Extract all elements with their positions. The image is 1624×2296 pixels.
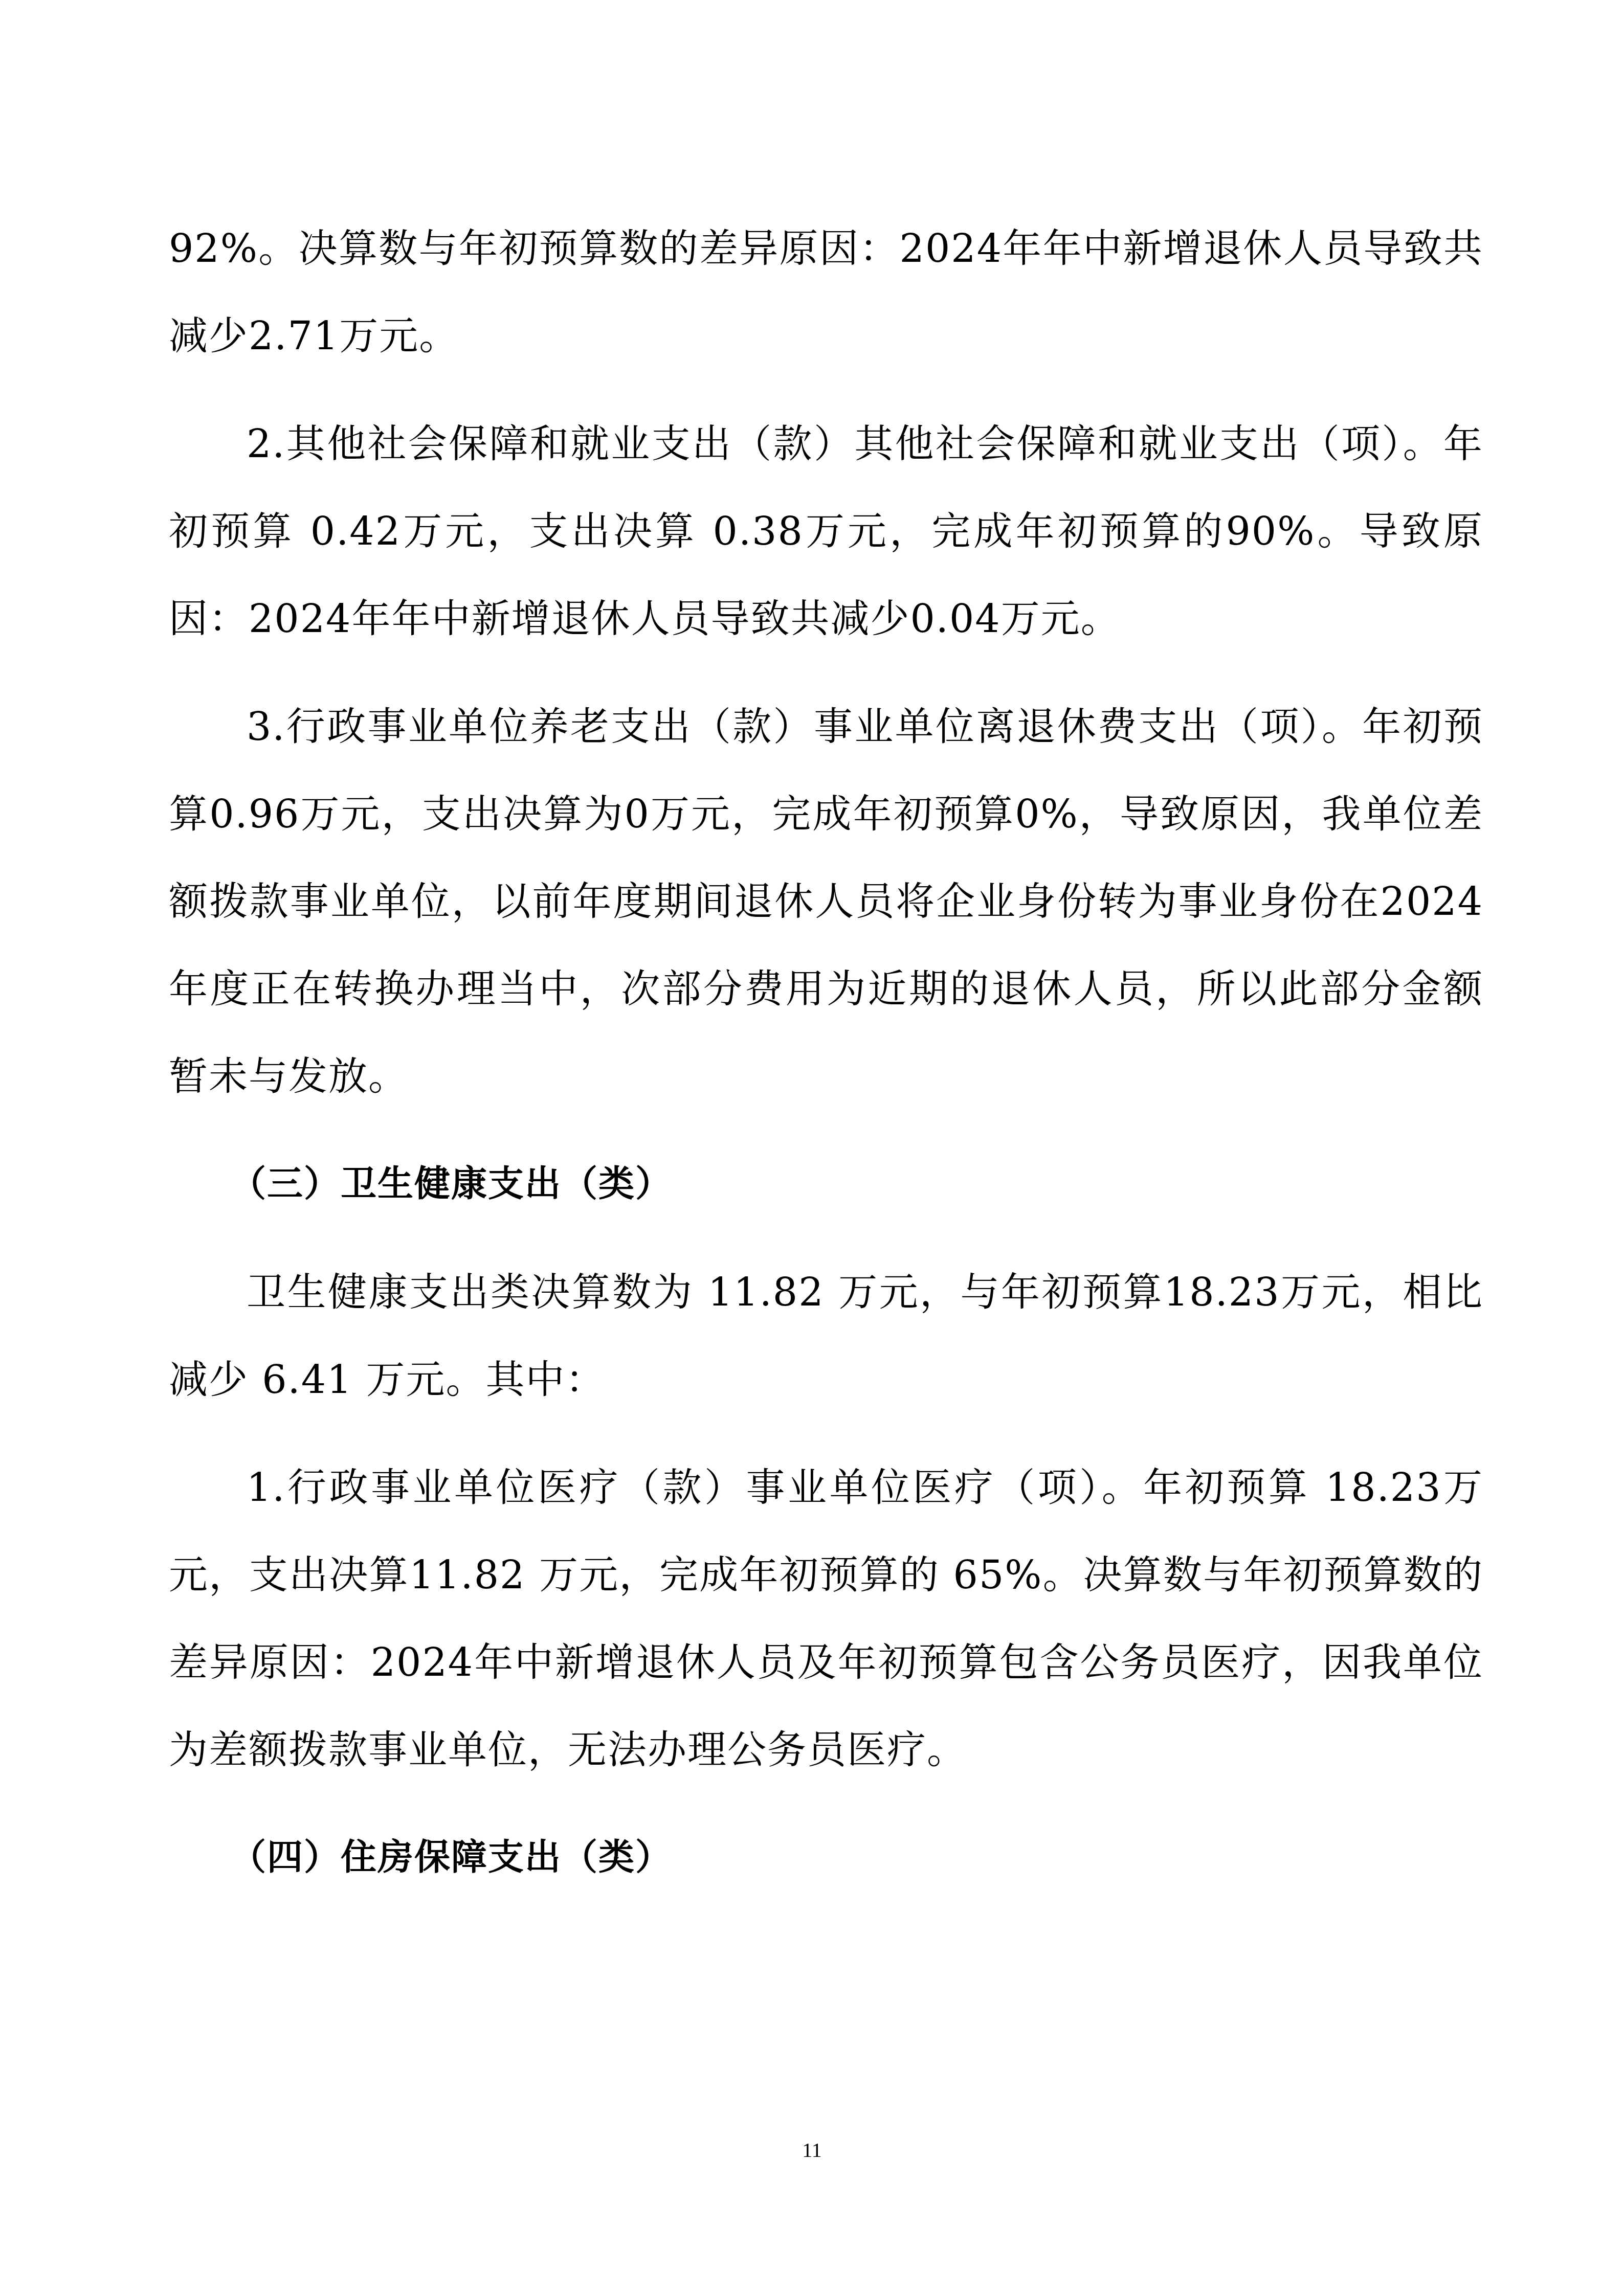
page-number: 11 — [0, 2135, 1624, 2166]
paragraph-institution-retirement: 3.行政事业单位养老支出（款）事业单位离退休费支出（项）。年初预算0.96万元，… — [169, 683, 1483, 1120]
section-heading-housing: （四）住房保障支出（类） — [169, 1814, 1483, 1901]
paragraph-institution-medical: 1.行政事业单位医疗（款）事业单位医疗（项）。年初预算 18.23万元，支出决算… — [169, 1444, 1483, 1793]
document-page: 92%。决算数与年初预算数的差异原因：2024年年中新增退休人员导致共减少2.7… — [0, 0, 1624, 2296]
paragraph-health-summary: 卫生健康支出类决算数为 11.82 万元，与年初预算18.23万元，相比减少 6… — [169, 1248, 1483, 1423]
document-body: 92%。决算数与年初预算数的差异原因：2024年年中新增退休人员导致共减少2.7… — [169, 205, 1483, 1922]
section-heading-health: （三）卫生健康支出（类） — [169, 1140, 1483, 1228]
paragraph-pension-continued: 92%。决算数与年初预算数的差异原因：2024年年中新增退休人员导致共减少2.7… — [169, 205, 1483, 379]
paragraph-other-social-security: 2.其他社会保障和就业支出（款）其他社会保障和就业支出（项）。年初预算 0.42… — [169, 400, 1483, 662]
